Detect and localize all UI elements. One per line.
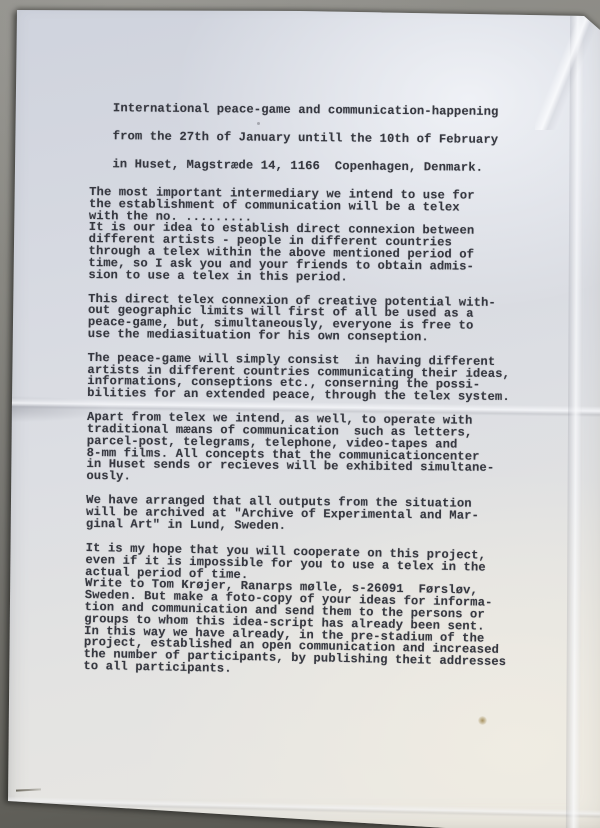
paragraph: This direct telex connexion of creative … [88,294,533,345]
header-line: International peace-game and communicati… [113,103,535,119]
header-line: in Huset, Magstræde 14, 1166 Copenhagen,… [112,159,534,175]
paragraph: The peace-game will simply consist in ha… [87,353,532,404]
corner-crease [535,0,600,130]
paragraph: We have arranged that all outputs from t… [86,495,531,535]
document-text: International peace-game and communicati… [84,103,535,689]
fold-crease-vertical [566,14,584,828]
paragraph: Apart from telex we intend, as well, to … [86,412,532,487]
paper-wrapper: International peace-game and communicati… [0,0,600,828]
pencil-mark [16,788,41,791]
header-line: from the 27th of January untill the 10th… [113,131,535,147]
paper-sheet: International peace-game and communicati… [0,0,600,828]
fold-crease-bottom [0,796,600,819]
paragraph: The most important intermediary we inten… [88,187,534,286]
paragraph: It is my hope that you will cooperate on… [83,543,530,681]
stain-dot [478,716,487,725]
